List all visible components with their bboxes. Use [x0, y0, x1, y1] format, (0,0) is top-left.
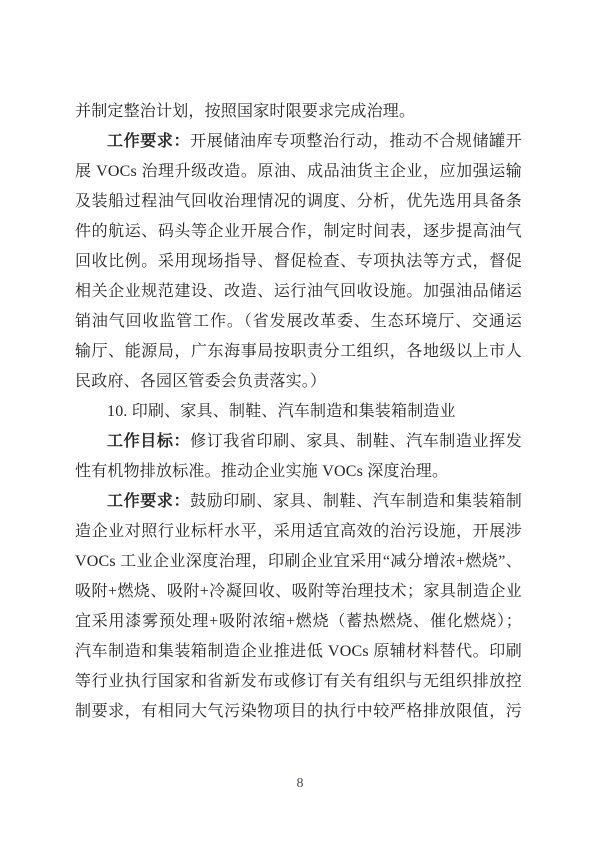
text-line: VOCs 工业企业深度治理，印刷企业宜采用“减分增浓+燃烧”、	[75, 547, 522, 577]
bold-run-in-label: 工作目标：	[107, 433, 190, 450]
text-line: 工作要求：鼓励印刷、家具、制鞋、汽车制造和集装箱制	[75, 487, 522, 517]
text-line: 民政府、各园区管委会负责落实。）	[75, 367, 522, 397]
text-line: 相关企业规范建设、改造、运行油气回收设施。加强油品储运	[75, 277, 522, 307]
text-line: 销油气回收监管工作。（省发展改革委、生态环境厅、交通运	[75, 307, 522, 337]
page-number: 8	[0, 776, 600, 792]
text-line: 制要求，有相同大气污染物项目的执行中较严格排放限值，污	[75, 697, 522, 727]
text-line: 宜采用漆雾预处理+吸附浓缩+燃烧（蓄热燃烧、催化燃烧）；	[75, 607, 522, 637]
text-line: 10. 印刷、家具、制鞋、汽车制造和集装箱制造业	[75, 397, 522, 427]
bold-run-in-label: 工作要求：	[107, 493, 190, 510]
text-line: 汽车制造和集装箱制造企业推进低 VOCs 原辅材料替代。印刷	[75, 637, 522, 667]
document-body: 并制定整治计划，按照国家时限要求完成治理。工作要求：开展储油库专项整治行动，推动…	[75, 97, 522, 727]
text-line: 并制定整治计划，按照国家时限要求完成治理。	[75, 97, 522, 127]
text-line: 性有机物排放标准。推动企业实施 VOCs 深度治理。	[75, 457, 522, 487]
document-page: 并制定整治计划，按照国家时限要求完成治理。工作要求：开展储油库专项整治行动，推动…	[0, 0, 600, 848]
text-line: 等行业执行国家和省新发布或修订有关有组织与无组织排放控	[75, 667, 522, 697]
text-line: 件的航运、码头等企业开展合作，制定时间表，逐步提高油气	[75, 217, 522, 247]
text-line: 输厅、能源局，广东海事局按职责分工组织，各地级以上市人	[75, 337, 522, 367]
text-line: 工作目标：修订我省印刷、家具、制鞋、汽车制造业挥发	[75, 427, 522, 457]
text-line: 及装船过程油气回收治理情况的调度、分析，优先选用具备条	[75, 187, 522, 217]
text-line: 吸附+燃烧、吸附+冷凝回收、吸附等治理技术；家具制造企业	[75, 577, 522, 607]
text-line: 工作要求：开展储油库专项整治行动，推动不合规储罐开	[75, 127, 522, 157]
text-line: 造企业对照行业标杆水平，采用适宜高效的治污设施，开展涉	[75, 517, 522, 547]
text-line: 回收比例。采用现场指导、督促检查、专项执法等方式，督促	[75, 247, 522, 277]
text-line: 展 VOCs 治理升级改造。原油、成品油货主企业，应加强运输	[75, 157, 522, 187]
bold-run-in-label: 工作要求：	[107, 133, 190, 150]
